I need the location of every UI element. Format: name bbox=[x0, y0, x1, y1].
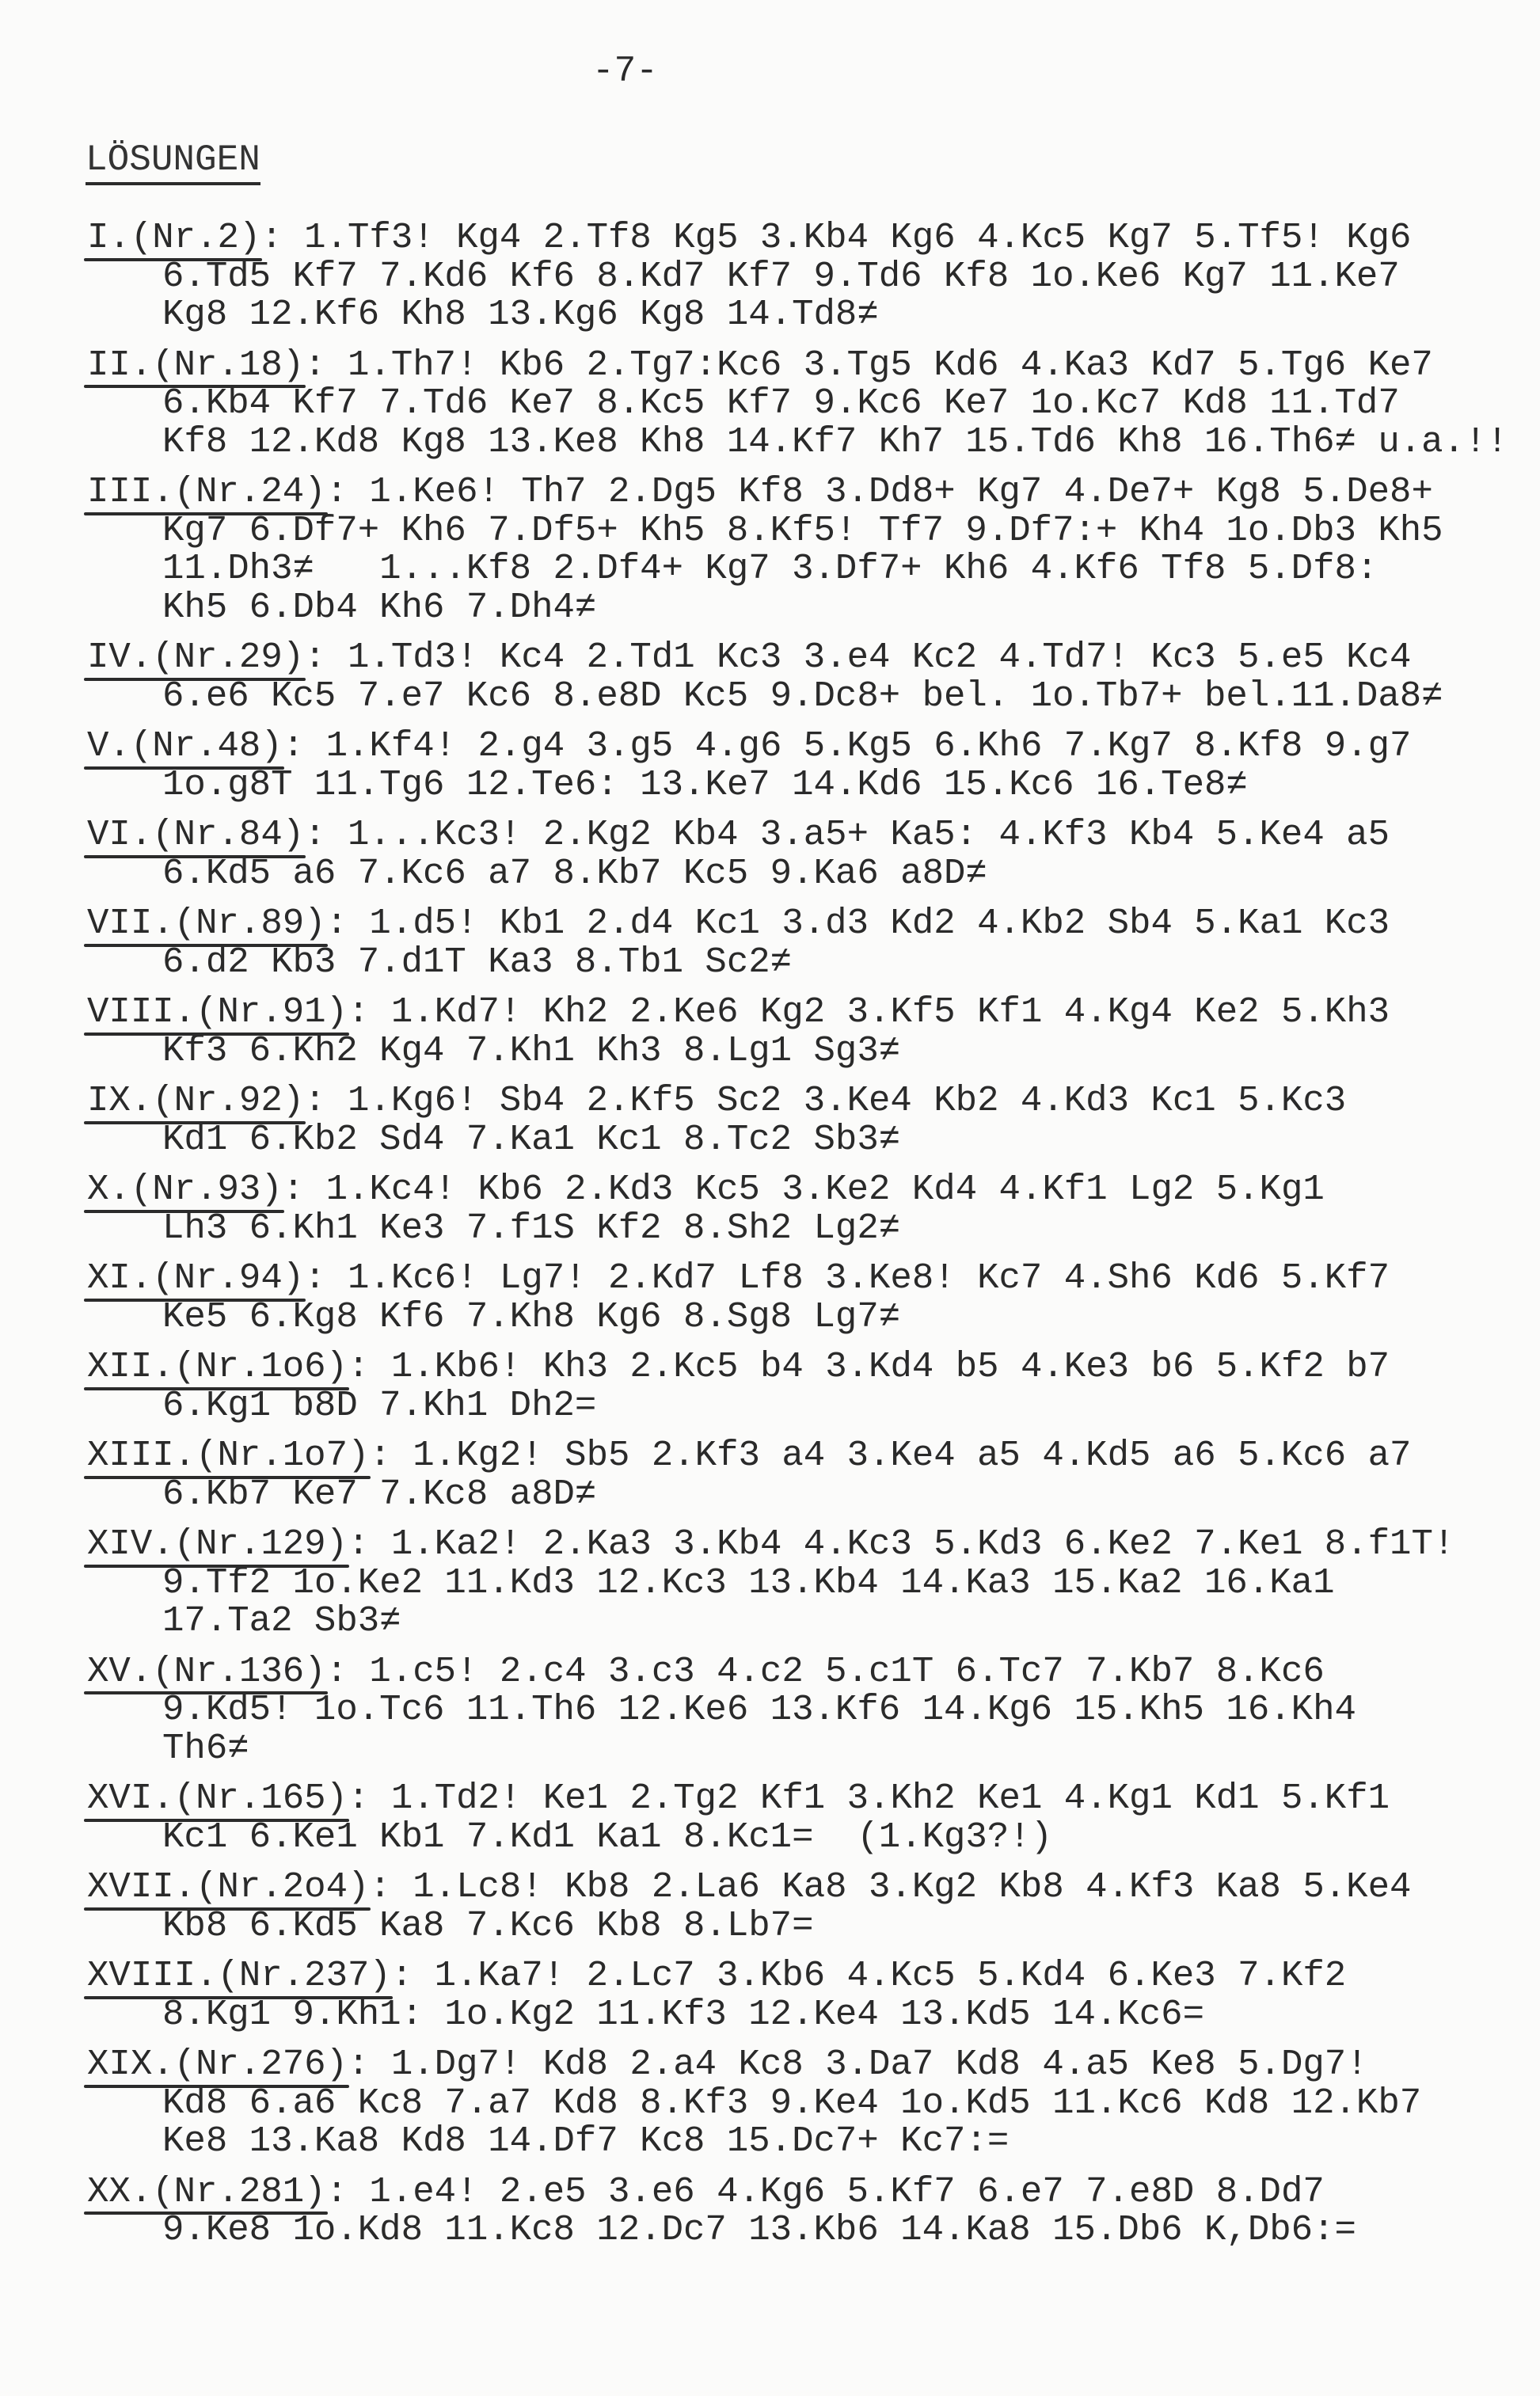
solution-entry: XIV.(Nr.129): 1.Ka2! 2.Ka3 3.Kb4 4.Kc3 5… bbox=[87, 1525, 1536, 1641]
solution-first-line: III.(Nr.24): 1.Ke6! Th7 2.Dg5 Kf8 3.Dd8+… bbox=[87, 473, 1536, 512]
solution-moves: Ke5 6.Kg8 Kf6 7.Kh8 Kg6 8.Sg8 Lg7≠ bbox=[162, 1296, 900, 1337]
solution-continuation-line: Kd8 6.a6 Kc8 7.a7 Kd8 8.Kf3 9.Ke4 1o.Kd5… bbox=[87, 2084, 1536, 2123]
solution-moves: 6.Kb4 Kf7 7.Td6 Ke7 8.Kc5 Kf7 9.Kc6 Ke7 … bbox=[162, 382, 1400, 424]
solution-moves: 11.Dh3≠ 1...Kf8 2.Df4+ Kg7 3.Df7+ Kh6 4.… bbox=[162, 548, 1378, 589]
solution-first-line: IV.(Nr.29): 1.Td3! Kc4 2.Td1 Kc3 3.e4 Kc… bbox=[87, 638, 1536, 677]
solution-moves: : 1.Td3! Kc4 2.Td1 Kc3 3.e4 Kc2 4.Td7! K… bbox=[304, 637, 1411, 678]
solution-first-line: XVI.(Nr.165): 1.Td2! Ke1 2.Tg2 Kf1 3.Kh2… bbox=[87, 1779, 1536, 1818]
solution-entry: XVII.(Nr.2o4): 1.Lc8! Kb8 2.La6 Ka8 3.Kg… bbox=[87, 1868, 1536, 1945]
solution-continuation-line: 6.Td5 Kf7 7.Kd6 Kf6 8.Kd7 Kf7 9.Td6 Kf8 … bbox=[87, 257, 1536, 296]
solution-continuation-line: Ke5 6.Kg8 Kf6 7.Kh8 Kg6 8.Sg8 Lg7≠ bbox=[87, 1298, 1536, 1337]
solution-continuation-line: 6.d2 Kb3 7.d1T Ka3 8.Tb1 Sc2≠ bbox=[87, 943, 1536, 982]
solution-entry: V.(Nr.48): 1.Kf4! 2.g4 3.g5 4.g6 5.Kg5 6… bbox=[87, 727, 1536, 804]
solution-moves: : 1.Kc6! Lg7! 2.Kd7 Lf8 3.Ke8! Kc7 4.Sh6… bbox=[304, 1257, 1390, 1299]
solution-entry: XX.(Nr.281): 1.e4! 2.e5 3.e6 4.Kg6 5.Kf7… bbox=[87, 2173, 1536, 2250]
solution-label: VI.(Nr.84) bbox=[87, 816, 304, 854]
solution-entry: IV.(Nr.29): 1.Td3! Kc4 2.Td1 Kc3 3.e4 Kc… bbox=[87, 638, 1536, 715]
solution-label: XVIII.(Nr.237) bbox=[87, 1957, 391, 1995]
solution-moves: : 1.Ke6! Th7 2.Dg5 Kf8 3.Dd8+ Kg7 4.De7+… bbox=[326, 471, 1433, 512]
solution-moves: 8.Kg1 9.Kh1: 1o.Kg2 11.Kf3 12.Ke4 13.Kd5… bbox=[162, 1994, 1204, 2035]
solution-entry: X.(Nr.93): 1.Kc4! Kb6 2.Kd3 Kc5 3.Ke2 Kd… bbox=[87, 1170, 1536, 1247]
solution-continuation-line: 9.Kd5! 1o.Tc6 11.Th6 12.Ke6 13.Kf6 14.Kg… bbox=[87, 1691, 1536, 1729]
solution-first-line: II.(Nr.18): 1.Th7! Kb6 2.Tg7:Kc6 3.Tg5 K… bbox=[87, 346, 1536, 385]
solution-moves: : 1.Kg6! Sb4 2.Kf5 Sc2 3.Ke4 Kb2 4.Kd3 K… bbox=[304, 1080, 1346, 1121]
solution-continuation-line: 6.Kg1 b8D 7.Kh1 Dh2= bbox=[87, 1386, 1536, 1425]
solution-continuation-line: 9.Tf2 1o.Ke2 11.Kd3 12.Kc3 13.Kb4 14.Ka3… bbox=[87, 1564, 1536, 1603]
solution-continuation-line: Kd1 6.Kb2 Sd4 7.Ka1 Kc1 8.Tc2 Sb3≠ bbox=[87, 1120, 1536, 1159]
solution-label: VII.(Nr.89) bbox=[87, 904, 326, 943]
solution-label: XIII.(Nr.1o7) bbox=[87, 1436, 369, 1475]
solution-moves: : 1.Kc4! Kb6 2.Kd3 Kc5 3.Ke2 Kd4 4.Kf1 L… bbox=[283, 1169, 1325, 1210]
solution-entry: XVI.(Nr.165): 1.Td2! Ke1 2.Tg2 Kf1 3.Kh2… bbox=[87, 1779, 1536, 1856]
solution-continuation-line: 17.Ta2 Sb3≠ bbox=[87, 1602, 1536, 1641]
solution-first-line: IX.(Nr.92): 1.Kg6! Sb4 2.Kf5 Sc2 3.Ke4 K… bbox=[87, 1082, 1536, 1120]
solution-continuation-line: 1o.g8T 11.Tg6 12.Te6: 13.Ke7 14.Kd6 15.K… bbox=[87, 766, 1536, 804]
solution-moves: 6.Td5 Kf7 7.Kd6 Kf6 8.Kd7 Kf7 9.Td6 Kf8 … bbox=[162, 256, 1400, 297]
solution-label: IX.(Nr.92) bbox=[87, 1082, 304, 1120]
solution-moves: Kf3 6.Kh2 Kg4 7.Kh1 Kh3 8.Lg1 Sg3≠ bbox=[162, 1030, 900, 1071]
solution-first-line: XV.(Nr.136): 1.c5! 2.c4 3.c3 4.c2 5.c1T … bbox=[87, 1652, 1536, 1691]
solution-entry: IX.(Nr.92): 1.Kg6! Sb4 2.Kf5 Sc2 3.Ke4 K… bbox=[87, 1082, 1536, 1158]
solution-moves: Kg7 6.Df7+ Kh6 7.Df5+ Kh5 8.Kf5! Tf7 9.D… bbox=[162, 510, 1443, 551]
solution-label: III.(Nr.24) bbox=[87, 473, 326, 512]
solution-moves: 6.d2 Kb3 7.d1T Ka3 8.Tb1 Sc2≠ bbox=[162, 941, 792, 983]
solution-moves: Kd1 6.Kb2 Sd4 7.Ka1 Kc1 8.Tc2 Sb3≠ bbox=[162, 1119, 900, 1160]
solution-continuation-line: Kg8 12.Kf6 Kh8 13.Kg6 Kg8 14.Td8≠ bbox=[87, 295, 1536, 334]
solution-moves: 17.Ta2 Sb3≠ bbox=[162, 1600, 401, 1641]
solution-moves: : 1.c5! 2.c4 3.c3 4.c2 5.c1T 6.Tc7 7.Kb7… bbox=[326, 1651, 1325, 1692]
solution-entry: II.(Nr.18): 1.Th7! Kb6 2.Tg7:Kc6 3.Tg5 K… bbox=[87, 346, 1536, 462]
solution-entry: XI.(Nr.94): 1.Kc6! Lg7! 2.Kd7 Lf8 3.Ke8!… bbox=[87, 1259, 1536, 1336]
solution-label: II.(Nr.18) bbox=[87, 346, 304, 385]
solution-first-line: VIII.(Nr.91): 1.Kd7! Kh2 2.Ke6 Kg2 3.Kf5… bbox=[87, 993, 1536, 1032]
solution-entry: XIII.(Nr.1o7): 1.Kg2! Sb5 2.Kf3 a4 3.Ke4… bbox=[87, 1436, 1536, 1513]
solution-label: I.(Nr.2) bbox=[87, 219, 260, 257]
solution-label: IV.(Nr.29) bbox=[87, 638, 304, 677]
solution-first-line: XII.(Nr.1o6): 1.Kb6! Kh3 2.Kc5 b4 3.Kd4 … bbox=[87, 1348, 1536, 1386]
solution-continuation-line: Kb8 6.Kd5 Ka8 7.Kc6 Kb8 8.Lb7= bbox=[87, 1907, 1536, 1945]
solution-label: XVI.(Nr.165) bbox=[87, 1779, 348, 1818]
solution-moves: : 1.Tf3! Kg4 2.Tf8 Kg5 3.Kb4 Kg6 4.Kc5 K… bbox=[260, 217, 1411, 258]
solution-first-line: VI.(Nr.84): 1...Kc3! 2.Kg2 Kb4 3.a5+ Ka5… bbox=[87, 816, 1536, 854]
solution-entry: III.(Nr.24): 1.Ke6! Th7 2.Dg5 Kf8 3.Dd8+… bbox=[87, 473, 1536, 626]
solution-continuation-line: 9.Ke8 1o.Kd8 11.Kc8 12.Dc7 13.Kb6 14.Ka8… bbox=[87, 2211, 1536, 2250]
solution-first-line: X.(Nr.93): 1.Kc4! Kb6 2.Kd3 Kc5 3.Ke2 Kd… bbox=[87, 1170, 1536, 1209]
solution-entry: XIX.(Nr.276): 1.Dg7! Kd8 2.a4 Kc8 3.Da7 … bbox=[87, 2045, 1536, 2161]
solution-moves: Kb8 6.Kd5 Ka8 7.Kc6 Kb8 8.Lb7= bbox=[162, 1905, 814, 1946]
page-number: -7- bbox=[592, 52, 658, 90]
solution-continuation-line: Lh3 6.Kh1 Ke3 7.f1S Kf2 8.Sh2 Lg2≠ bbox=[87, 1209, 1536, 1248]
solution-continuation-line: Ke8 13.Ka8 Kd8 14.Df7 Kc8 15.Dc7+ Kc7:= bbox=[87, 2122, 1536, 2161]
solution-first-line: V.(Nr.48): 1.Kf4! 2.g4 3.g5 4.g6 5.Kg5 6… bbox=[87, 727, 1536, 766]
solution-moves: 6.Kd5 a6 7.Kc6 a7 8.Kb7 Kc5 9.Ka6 a8D≠ bbox=[162, 853, 987, 894]
solution-continuation-line: Kh5 6.Db4 Kh6 7.Dh4≠ bbox=[87, 588, 1536, 627]
solution-moves: Ke8 13.Ka8 Kd8 14.Df7 Kc8 15.Dc7+ Kc7:= bbox=[162, 2120, 1009, 2162]
solution-moves: : 1.e4! 2.e5 3.e6 4.Kg6 5.Kf7 6.e7 7.e8D… bbox=[326, 2171, 1325, 2212]
solution-continuation-line: 11.Dh3≠ 1...Kf8 2.Df4+ Kg7 3.Df7+ Kh6 4.… bbox=[87, 550, 1536, 588]
solution-moves: 1o.g8T 11.Tg6 12.Te6: 13.Ke7 14.Kd6 15.K… bbox=[162, 764, 1248, 805]
section-title: LÖSUNGEN bbox=[86, 141, 260, 185]
solution-first-line: XVII.(Nr.2o4): 1.Lc8! Kb8 2.La6 Ka8 3.Kg… bbox=[87, 1868, 1536, 1907]
solution-label: VIII.(Nr.91) bbox=[87, 993, 348, 1032]
solution-moves: : 1.Lc8! Kb8 2.La6 Ka8 3.Kg2 Kb8 4.Kf3 K… bbox=[369, 1866, 1411, 1907]
solution-moves: : 1.Dg7! Kd8 2.a4 Kc8 3.Da7 Kd8 4.a5 Ke8… bbox=[348, 2044, 1368, 2085]
solution-label: XVII.(Nr.2o4) bbox=[87, 1868, 369, 1907]
solution-label: XII.(Nr.1o6) bbox=[87, 1348, 348, 1386]
solution-moves: Kf8 12.Kd8 Kg8 13.Ke8 Kh8 14.Kf7 Kh7 15.… bbox=[162, 421, 1508, 462]
solution-moves: Kg8 12.Kf6 Kh8 13.Kg6 Kg8 14.Td8≠ bbox=[162, 294, 879, 335]
solution-moves: : 1.Td2! Ke1 2.Tg2 Kf1 3.Kh2 Ke1 4.Kg1 K… bbox=[348, 1778, 1390, 1819]
solutions-list: I.(Nr.2): 1.Tf3! Kg4 2.Tf8 Kg5 3.Kb4 Kg6… bbox=[87, 219, 1536, 2261]
solution-moves: : 1.Kg2! Sb5 2.Kf3 a4 3.Ke4 a5 4.Kd5 a6 … bbox=[369, 1435, 1411, 1476]
solution-continuation-line: Kc1 6.Ke1 Kb1 7.Kd1 Ka1 8.Kc1= (1.Kg3?!) bbox=[87, 1818, 1536, 1857]
solution-moves: : 1.d5! Kb1 2.d4 Kc1 3.d3 Kd2 4.Kb2 Sb4 … bbox=[326, 903, 1390, 944]
solution-moves: : 1.Kd7! Kh2 2.Ke6 Kg2 3.Kf5 Kf1 4.Kg4 K… bbox=[348, 991, 1390, 1033]
solution-continuation-line: 6.Kb7 Ke7 7.Kc8 a8D≠ bbox=[87, 1475, 1536, 1514]
solution-first-line: XIX.(Nr.276): 1.Dg7! Kd8 2.a4 Kc8 3.Da7 … bbox=[87, 2045, 1536, 2084]
solution-entry: XVIII.(Nr.237): 1.Ka7! 2.Lc7 3.Kb6 4.Kc5… bbox=[87, 1957, 1536, 2033]
solution-label: XIX.(Nr.276) bbox=[87, 2045, 348, 2084]
solution-moves: 9.Ke8 1o.Kd8 11.Kc8 12.Dc7 13.Kb6 14.Ka8… bbox=[162, 2209, 1356, 2250]
solution-entry: VII.(Nr.89): 1.d5! Kb1 2.d4 Kc1 3.d3 Kd2… bbox=[87, 904, 1536, 981]
solution-moves: : 1.Ka2! 2.Ka3 3.Kb4 4.Kc3 5.Kd3 6.Ke2 7… bbox=[348, 1523, 1454, 1565]
solution-entry: XV.(Nr.136): 1.c5! 2.c4 3.c3 4.c2 5.c1T … bbox=[87, 1652, 1536, 1768]
solution-label: X.(Nr.93) bbox=[87, 1170, 283, 1209]
solution-entry: VIII.(Nr.91): 1.Kd7! Kh2 2.Ke6 Kg2 3.Kf5… bbox=[87, 993, 1536, 1070]
solution-continuation-line: Th6≠ bbox=[87, 1729, 1536, 1768]
solution-moves: Kc1 6.Ke1 Kb1 7.Kd1 Ka1 8.Kc1= (1.Kg3?!) bbox=[162, 1816, 1052, 1858]
solution-moves: 6.e6 Kc5 7.e7 Kc6 8.e8D Kc5 9.Dc8+ bel. … bbox=[162, 675, 1443, 717]
solution-label: XV.(Nr.136) bbox=[87, 1652, 326, 1691]
solution-continuation-line: 6.Kd5 a6 7.Kc6 a7 8.Kb7 Kc5 9.Ka6 a8D≠ bbox=[87, 854, 1536, 893]
solution-label: XX.(Nr.281) bbox=[87, 2173, 326, 2212]
solution-moves: Lh3 6.Kh1 Ke3 7.f1S Kf2 8.Sh2 Lg2≠ bbox=[162, 1208, 900, 1249]
solution-continuation-line: Kg7 6.Df7+ Kh6 7.Df5+ Kh5 8.Kf5! Tf7 9.D… bbox=[87, 512, 1536, 550]
solution-first-line: VII.(Nr.89): 1.d5! Kb1 2.d4 Kc1 3.d3 Kd2… bbox=[87, 904, 1536, 943]
solution-continuation-line: 6.Kb4 Kf7 7.Td6 Ke7 8.Kc5 Kf7 9.Kc6 Ke7 … bbox=[87, 384, 1536, 423]
solution-moves: Kh5 6.Db4 Kh6 7.Dh4≠ bbox=[162, 587, 596, 628]
solution-first-line: XI.(Nr.94): 1.Kc6! Lg7! 2.Kd7 Lf8 3.Ke8!… bbox=[87, 1259, 1536, 1298]
solution-first-line: XIV.(Nr.129): 1.Ka2! 2.Ka3 3.Kb4 4.Kc3 5… bbox=[87, 1525, 1536, 1564]
solution-first-line: XVIII.(Nr.237): 1.Ka7! 2.Lc7 3.Kb6 4.Kc5… bbox=[87, 1957, 1536, 1995]
solution-moves: : 1.Ka7! 2.Lc7 3.Kb6 4.Kc5 5.Kd4 6.Ke3 7… bbox=[391, 1955, 1346, 1996]
solution-moves: : 1...Kc3! 2.Kg2 Kb4 3.a5+ Ka5: 4.Kf3 Kb… bbox=[304, 814, 1390, 855]
solution-entry: XII.(Nr.1o6): 1.Kb6! Kh3 2.Kc5 b4 3.Kd4 … bbox=[87, 1348, 1536, 1424]
solution-first-line: XIII.(Nr.1o7): 1.Kg2! Sb5 2.Kf3 a4 3.Ke4… bbox=[87, 1436, 1536, 1475]
solution-entry: I.(Nr.2): 1.Tf3! Kg4 2.Tf8 Kg5 3.Kb4 Kg6… bbox=[87, 219, 1536, 334]
solution-moves: Th6≠ bbox=[162, 1728, 249, 1769]
solution-moves: 6.Kb7 Ke7 7.Kc8 a8D≠ bbox=[162, 1474, 596, 1515]
solution-moves: 6.Kg1 b8D 7.Kh1 Dh2= bbox=[162, 1385, 596, 1426]
solution-label: XIV.(Nr.129) bbox=[87, 1525, 348, 1564]
solution-continuation-line: Kf3 6.Kh2 Kg4 7.Kh1 Kh3 8.Lg1 Sg3≠ bbox=[87, 1032, 1536, 1071]
solution-entry: VI.(Nr.84): 1...Kc3! 2.Kg2 Kb4 3.a5+ Ka5… bbox=[87, 816, 1536, 892]
solution-first-line: I.(Nr.2): 1.Tf3! Kg4 2.Tf8 Kg5 3.Kb4 Kg6… bbox=[87, 219, 1536, 257]
solution-moves: Kd8 6.a6 Kc8 7.a7 Kd8 8.Kf3 9.Ke4 1o.Kd5… bbox=[162, 2082, 1421, 2124]
solution-first-line: XX.(Nr.281): 1.e4! 2.e5 3.e6 4.Kg6 5.Kf7… bbox=[87, 2173, 1536, 2212]
solution-moves: : 1.Th7! Kb6 2.Tg7:Kc6 3.Tg5 Kd6 4.Ka3 K… bbox=[304, 344, 1433, 386]
solution-moves: 9.Tf2 1o.Ke2 11.Kd3 12.Kc3 13.Kb4 14.Ka3… bbox=[162, 1562, 1335, 1603]
solution-label: XI.(Nr.94) bbox=[87, 1259, 304, 1298]
solution-continuation-line: 8.Kg1 9.Kh1: 1o.Kg2 11.Kf3 12.Ke4 13.Kd5… bbox=[87, 1995, 1536, 2034]
solution-label: V.(Nr.48) bbox=[87, 727, 283, 766]
solution-moves: : 1.Kf4! 2.g4 3.g5 4.g6 5.Kg5 6.Kh6 7.Kg… bbox=[283, 725, 1412, 766]
solution-moves: 9.Kd5! 1o.Tc6 11.Th6 12.Ke6 13.Kf6 14.Kg… bbox=[162, 1689, 1356, 1730]
solution-continuation-line: Kf8 12.Kd8 Kg8 13.Ke8 Kh8 14.Kf7 Kh7 15.… bbox=[87, 423, 1536, 462]
solution-moves: : 1.Kb6! Kh3 2.Kc5 b4 3.Kd4 b5 4.Ke3 b6 … bbox=[348, 1346, 1390, 1387]
solution-continuation-line: 6.e6 Kc5 7.e7 Kc6 8.e8D Kc5 9.Dc8+ bel. … bbox=[87, 677, 1536, 716]
